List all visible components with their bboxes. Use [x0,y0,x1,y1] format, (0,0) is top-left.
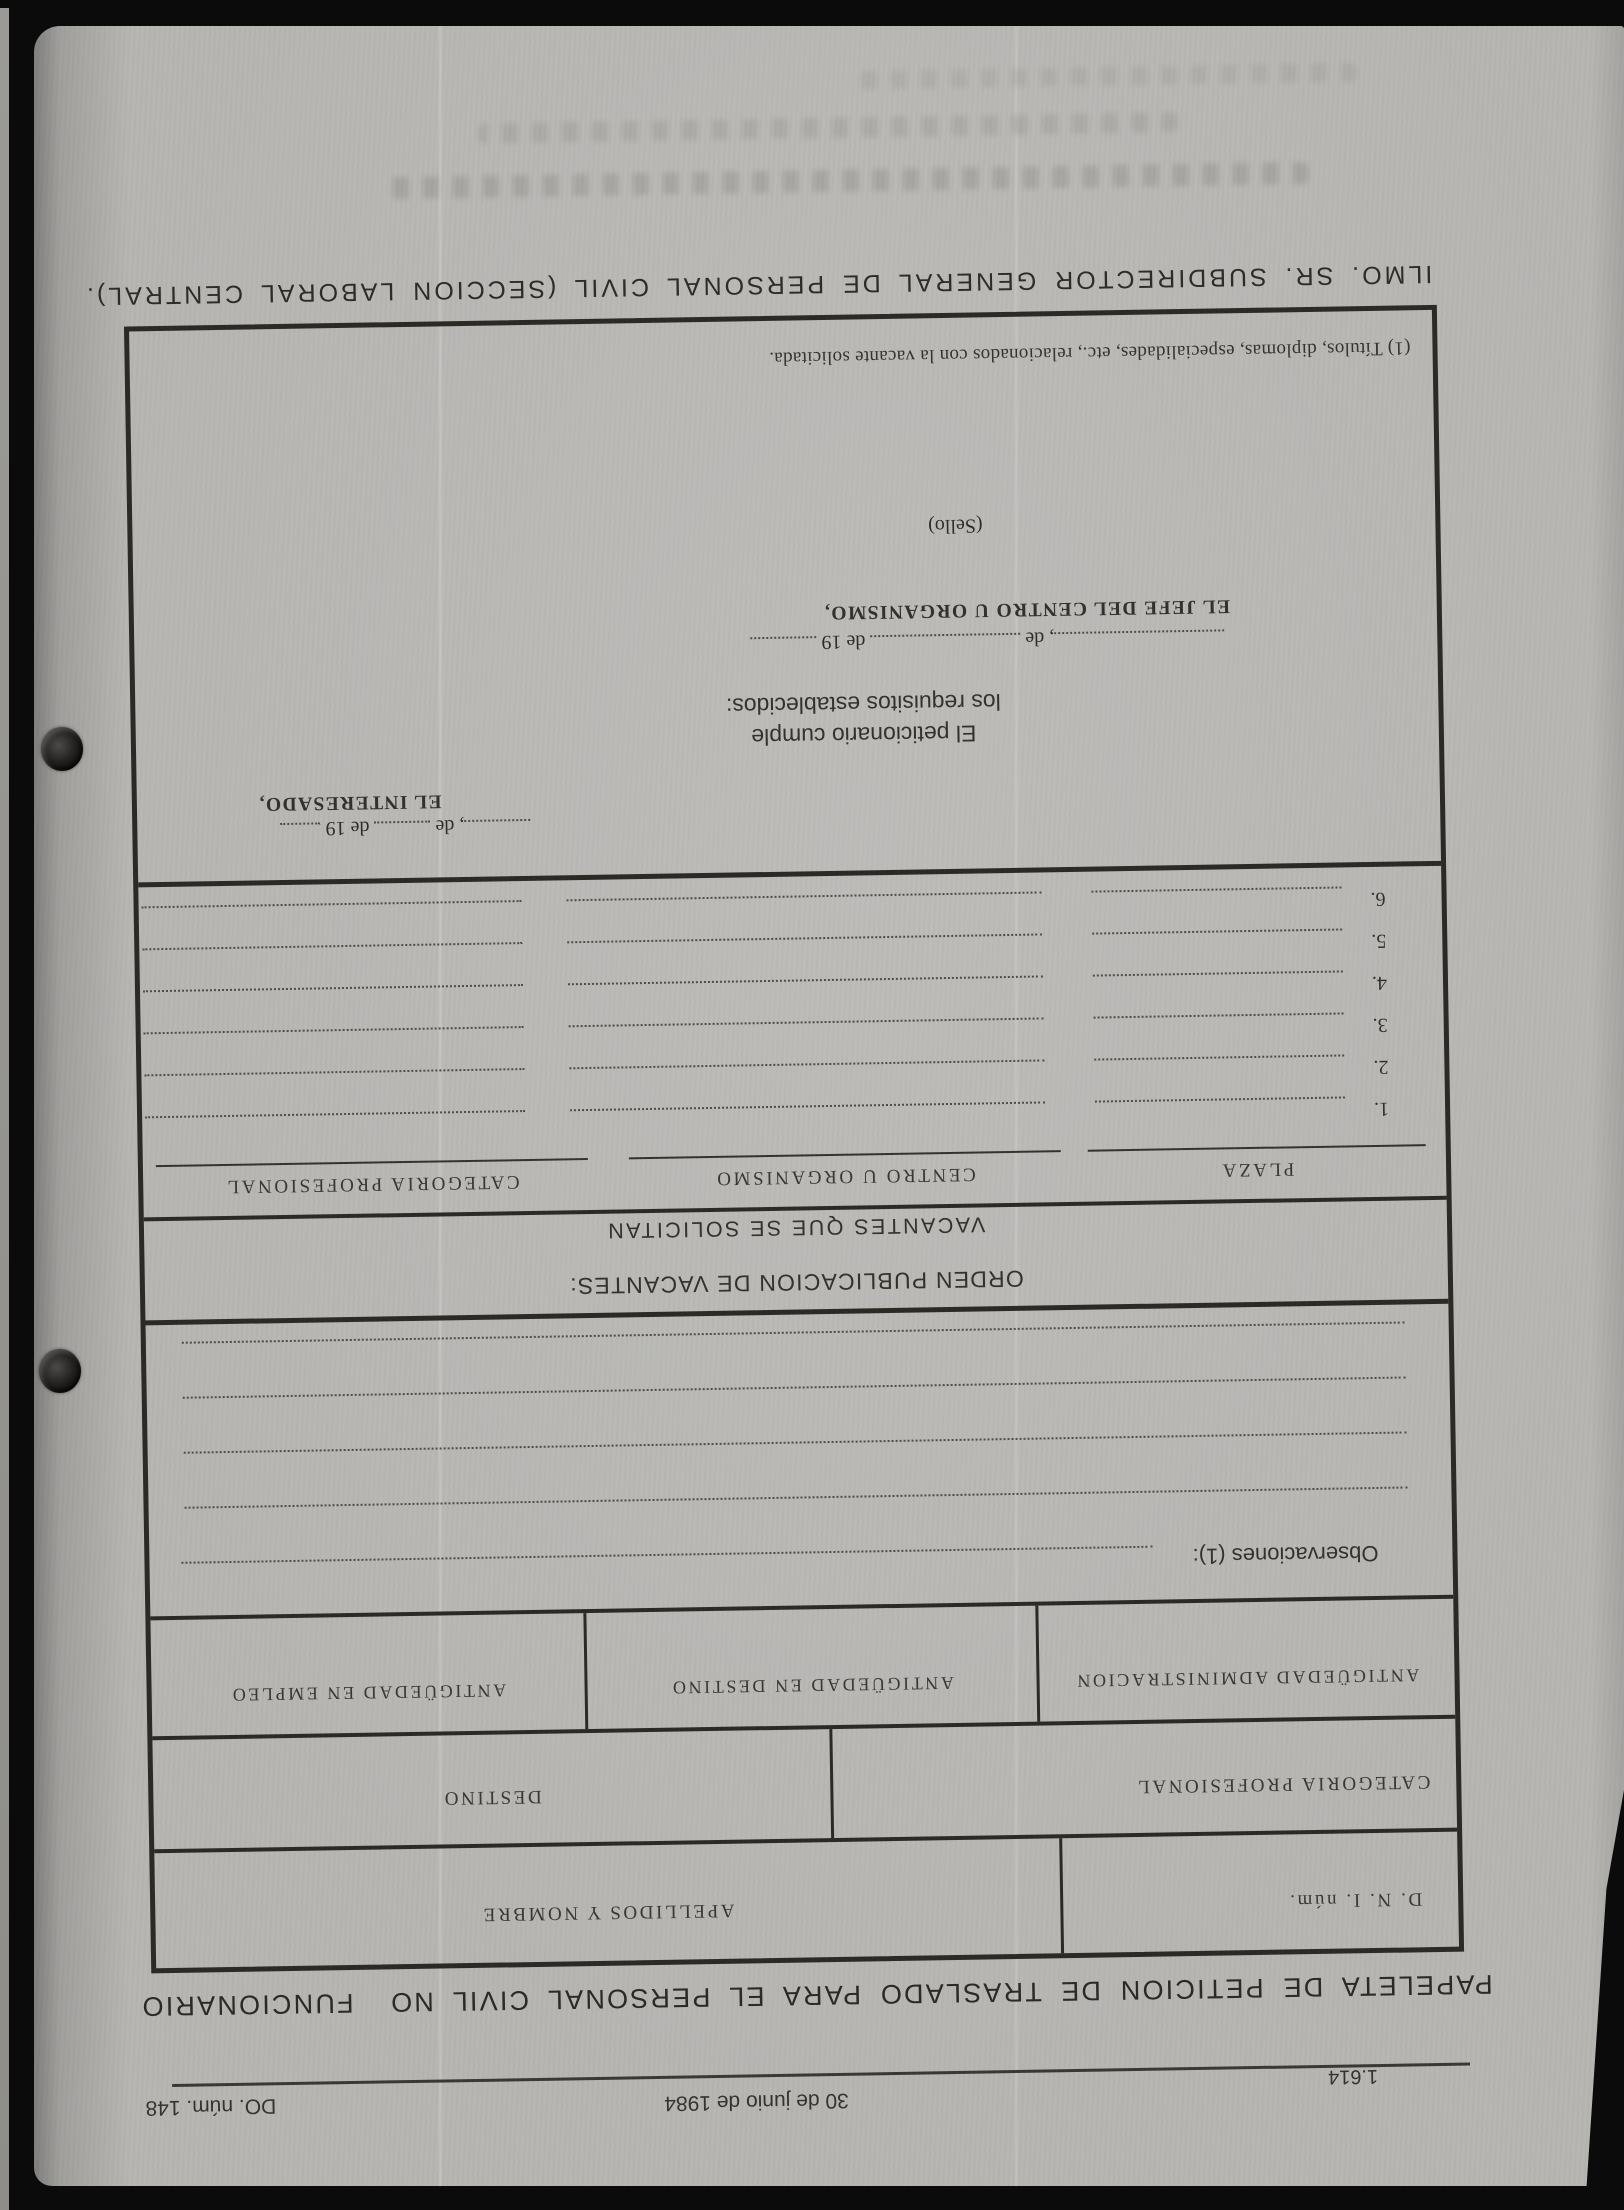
cell-name: APELLIDOS Y NOMBRE [154,1838,1061,1968]
vacancy-plaza-line [1094,1012,1344,1018]
form-table: D. N. I. núm. APELLIDOS Y NOMBRE CATEGOR… [124,305,1464,1974]
addressee-line: ILMO. SR. SUBDIRECTOR GENERAL DE PERSONA… [102,259,1432,310]
observations-writing-line [181,1546,1152,1564]
date-sep: , de [435,815,464,837]
vacancy-centro-line [567,933,1042,943]
interested-date-line: , de de 19 [230,813,530,841]
vacancy-row: 5. [139,921,1442,973]
compliance-statement: El peticionario cumple los requisitos es… [608,684,1119,754]
header-rule [172,2063,1470,2088]
gazette-date: 30 de junio de 1984 [606,2087,906,2116]
vacancy-categoria-line [142,900,522,908]
vacancy-order-label: ORDEN PUBLICACION DE VACANTES: [145,1258,1448,1307]
vacancy-row: 1. [142,1089,1445,1141]
vacancy-row-number: 5. [1371,929,1386,952]
chief-date-line: , de de 19 [687,622,1287,655]
chief-signature-label: EL JEFE DEL CENTRO U ORGANISMO, [767,593,1287,624]
dot-leader [750,636,816,653]
date-sep: , de [1025,627,1054,649]
cell-seniority-employment: ANTIGÜEDAD EN EMPLEO [150,1613,585,1736]
vacancy-plaza-line [1091,886,1341,892]
dot-leader [464,819,530,836]
destination-label: DESTINO [153,1780,830,1813]
vacancy-centro-line [568,975,1043,985]
scanned-page: 1.614 30 de junio de 1984 DO. núm. 148 P… [0,0,1624,2210]
ink-bleedthrough [857,63,1357,89]
gazette-header: 1.614 30 de junio de 1984 DO. núm. 148 [153,2038,1467,2140]
cell-destination: DESTINO [152,1729,831,1849]
ink-bleedthrough [389,162,1309,199]
column-header-categoria: CATEGORIA PROFESIONAL [156,1158,588,1198]
vacancy-centro-line [567,891,1042,901]
dot-leader [280,822,320,839]
observations-writing-line [183,1376,1406,1398]
vacancy-row: 4. [140,963,1443,1015]
cell-dni: D. N. I. núm. [1059,1832,1459,1954]
vacancy-categoria-line [144,1026,524,1034]
row-vacancies: ORDEN PUBLICACION DE VACANTES: VACANTES … [138,866,1448,1326]
vacancy-centro-line [569,1017,1044,1027]
vacancies-section-title: VACANTES QUE SE SOLICITAN [144,1204,1447,1251]
date-sep: de 19 [325,817,369,840]
vacancy-row-number: 2. [1373,1055,1388,1078]
dot-leader [1054,629,1224,648]
vacancy-plaza-line [1093,970,1343,976]
row-observations: Observaciones (1): [146,1304,1454,1621]
seniority-destination-label: ANTIGÜEDAD EN DESTINO [587,1671,1036,1699]
vacancy-centro-line [569,1059,1044,1069]
vacancy-row: 3. [141,1005,1444,1057]
column-header-centro: CENTRO U ORGANISMO [629,1150,1061,1190]
row-position: CATEGORIA PROFESIONAL DESTINO [152,1719,1457,1854]
vacancy-row-number: 6. [1370,887,1385,910]
adjacent-page-edge [0,8,9,2210]
gazette-issue-number: DO. núm. 148 [145,2093,305,2120]
vacancy-row-number: 3. [1373,1013,1388,1036]
category-label: CATEGORIA PROFESIONAL [1135,1770,1430,1797]
observations-label: Observaciones (1): [1192,1540,1378,1569]
vacancy-centro-line [570,1101,1045,1111]
punch-hole [41,727,83,771]
vacancy-plaza-line [1094,1054,1344,1060]
name-label: APELLIDOS Y NOMBRE [155,1893,1060,1930]
seal-placeholder: (Sello) [855,512,1055,538]
paper-sheet: 1.614 30 de junio de 1984 DO. núm. 148 P… [34,26,1624,2186]
row-seniority: ANTIGÜEDAD ADMINISTRACION ANTIGÜEDAD EN … [150,1599,1455,1741]
observations-writing-line [184,1431,1407,1453]
date-sep: de 19 [821,630,865,653]
vacancy-categoria-line [145,1110,525,1118]
vacancy-plaza-line [1095,1096,1345,1102]
form-title: PAPELETA DE PETICION DE TRASLADO PARA EL… [153,1968,1493,2021]
dot-leader [374,821,430,838]
dot-leader [870,633,1020,651]
seniority-administration-label: ANTIGÜEDAD ADMINISTRACION [1039,1664,1454,1692]
cell-seniority-administration: ANTIGÜEDAD ADMINISTRACION [1035,1599,1455,1722]
observations-writing-line [185,1486,1408,1508]
interested-signature-label: EL INTERESADO, [245,789,455,814]
ink-bleedthrough [478,112,1178,144]
row-identity: D. N. I. núm. APELLIDOS Y NOMBRE [154,1832,1459,1969]
vacancy-row-number: 1. [1374,1097,1389,1120]
printed-content-rotated-180: 1.614 30 de junio de 1984 DO. núm. 148 P… [16,13,1624,2199]
vacancy-categoria-line [142,942,522,950]
seniority-employment-label: ANTIGÜEDAD EN EMPLEO [152,1678,585,1706]
punch-hole [39,1349,81,1393]
column-header-plaza: PLAZA [1088,1144,1427,1183]
vacancy-categoria-line [144,1068,524,1076]
cell-seniority-destination: ANTIGÜEDAD EN DESTINO [583,1606,1037,1729]
cell-category: CATEGORIA PROFESIONAL [829,1719,1457,1838]
vacancy-categoria-line [143,984,523,992]
observations-writing-line [182,1321,1405,1343]
footnote: (1) Títulos, diplomas, especialidades, e… [769,336,1411,369]
vacancy-row: 2. [141,1047,1444,1099]
vacancy-plaza-line [1092,928,1342,934]
row-signatures: , de de 19 EL INTERESADO, El peticionari… [129,315,1441,888]
vacancy-row-number: 4. [1372,971,1387,994]
dni-label: D. N. I. núm. [1287,1887,1422,1911]
vacancy-row: 6. [138,879,1441,931]
